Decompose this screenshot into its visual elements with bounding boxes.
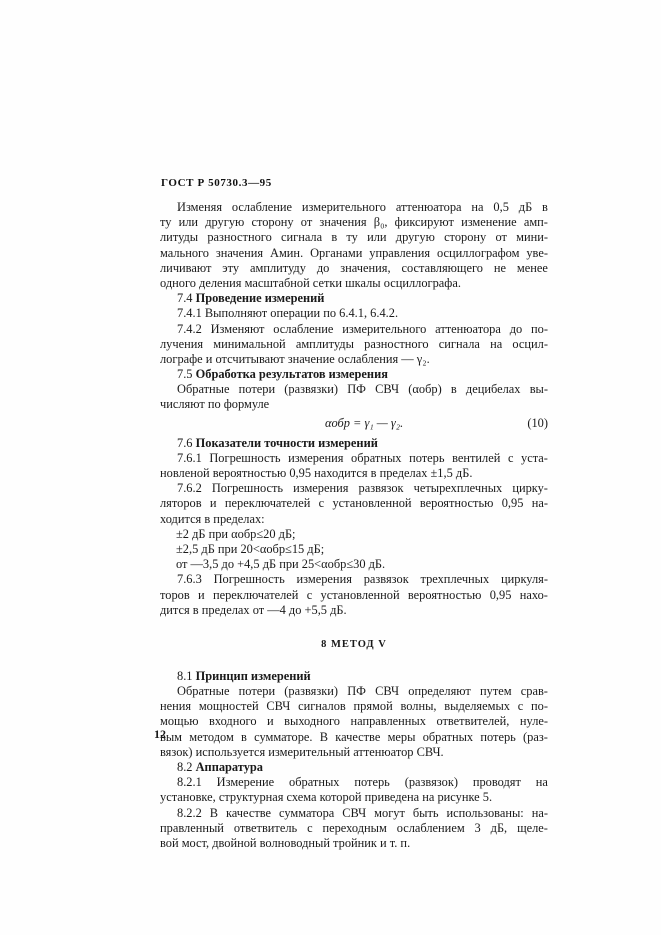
text-line: одного деления масштабной сетки шкалы ос… [160,276,548,291]
text-line: 7.4.2Изменяютослаблениеизмерительногоатт… [160,322,548,337]
paragraph-7-6-2: 7.6.2Погрешностьизмеренияразвязокчетырех… [160,481,548,527]
heading-number: 7.5 [177,367,193,382]
heading-number: 7.4 [177,291,193,306]
paragraph-7-6-3: 7.6.3Погрешностьизмеренияразвязоктрехпле… [160,572,548,618]
text-line: лученияминимальнойамплитудыразностногоси… [160,337,548,352]
text-line: торовипереключателейсустановленнойвероят… [160,588,548,603]
text-line: установке, структурная схема которой при… [160,790,548,805]
text-line: 8.2.1Измерениеобратныхпотерь(развязок)пр… [160,775,548,790]
text-line: литудыразностногосигналавтуилидругуюстор… [160,230,548,245]
text-line: числяют по формуле [160,397,548,412]
text-line: Обратныепотери(развязки)ПФСВЧопределяютп… [160,684,548,699]
text-line: вязок) используется измерительный аттеню… [160,745,548,760]
section-heading-7-4: 7.4 Проведение измерений [160,291,548,306]
paragraph-8-1: Обратныепотери(развязки)ПФСВЧопределяютп… [160,684,548,760]
formula-number: (10) [527,416,548,431]
formula: αобр = γ₁ — γ₂. [325,416,403,431]
heading-text: Принцип измерений [196,669,311,684]
document-page: ГОСТ Р 50730.3—95 Изменяяослаблениеизмер… [0,0,661,935]
section-heading-8-2: 8.2 Аппаратура [160,760,548,775]
document-header: ГОСТ Р 50730.3—95 [161,177,272,189]
tolerance-item: ±2,5 дБ при 20<αобр≤15 дБ; [160,542,548,557]
text-line: дится в пределах от —4 до +5,5 дБ. [160,603,548,618]
heading-text: Проведение измерений [196,291,325,306]
formula-row: αобр = γ₁ — γ₂. (10) [160,414,548,436]
text-line: 7.6.1Погрешностьизмеренияобратныхпотерьв… [160,451,548,466]
heading-number: 8.2 [177,760,193,775]
paragraph-7-5: Обратныепотери(развязки)ПФСВЧ(αобр)вдеци… [160,382,548,412]
text-line: ляторовипереключателейсустановленнойверо… [160,496,548,511]
heading-number: 8.1 [177,669,193,684]
text-line: правленныйответвительспереходнымослаблен… [160,821,548,836]
heading-number: 7.6 [177,436,193,451]
text-line: туилидругуюсторонуотзначенияβ₀,фиксируют… [160,215,548,230]
heading-text: Показатели точности измерений [196,436,378,451]
intro-paragraph: Изменяяослаблениеизмерительногоаттенюато… [160,200,548,291]
tolerance-item: от —3,5 до +4,5 дБ при 25<αобр≤30 дБ. [160,557,548,572]
text-line: вой мост, двойной волноводный тройник и … [160,836,548,851]
text-line: 7.6.2Погрешностьизмеренияразвязокчетырех… [160,481,548,496]
section-heading-7-5: 7.5 Обработка результатов измерения [160,367,548,382]
text-line: Изменяяослаблениеизмерительногоаттенюато… [160,200,548,215]
text-line: мощьювходногоивыходногонаправленныхответ… [160,714,548,729]
paragraph-7-4-1: 7.4.1 Выполняют операции по 6.4.1, 6.4.2… [160,306,548,321]
section-heading-7-6: 7.6 Показатели точности измерений [160,436,548,451]
text-line: личиваютэтуамплитудудозначения,составляю… [160,261,548,276]
text-line: нениямощностейСВЧсигналовпрямойволны,выд… [160,699,548,714]
paragraph-7-6-1: 7.6.1Погрешностьизмеренияобратныхпотерьв… [160,451,548,481]
text-line: лографе и отсчитывают значение ослаблени… [160,352,548,367]
paragraph-8-2-1: 8.2.1Измерениеобратныхпотерь(развязок)пр… [160,775,548,805]
heading-text: Обработка результатов измерения [196,367,388,382]
section-title-8: 8 МЕТОД V [160,637,548,651]
text-line: новленой вероятностью 0,95 находится в п… [160,466,548,481]
text-line: мальногозначенияAмин.Органамиуправленияо… [160,246,548,261]
page-number: 12 [154,727,166,742]
text-line: ходится в пределах: [160,512,548,527]
text-line: вымметодомвсумматоре.Вкачествемерыобратн… [160,730,548,745]
text-line: 7.6.3Погрешностьизмеренияразвязоктрехпле… [160,572,548,587]
text-line: Обратныепотери(развязки)ПФСВЧ(αобр)вдеци… [160,382,548,397]
tolerance-item: ±2 дБ при αобр≤20 дБ; [160,527,548,542]
document-body: Изменяяослаблениеизмерительногоаттенюато… [160,200,548,851]
section-heading-8-1: 8.1 Принцип измерений [160,669,548,684]
paragraph-8-2-2: 8.2.2ВкачествесумматораСВЧмогутбытьиспол… [160,806,548,852]
text-line: 8.2.2ВкачествесумматораСВЧмогутбытьиспол… [160,806,548,821]
paragraph-7-4-2: 7.4.2Изменяютослаблениеизмерительногоатт… [160,322,548,368]
heading-text: Аппаратура [196,760,263,775]
